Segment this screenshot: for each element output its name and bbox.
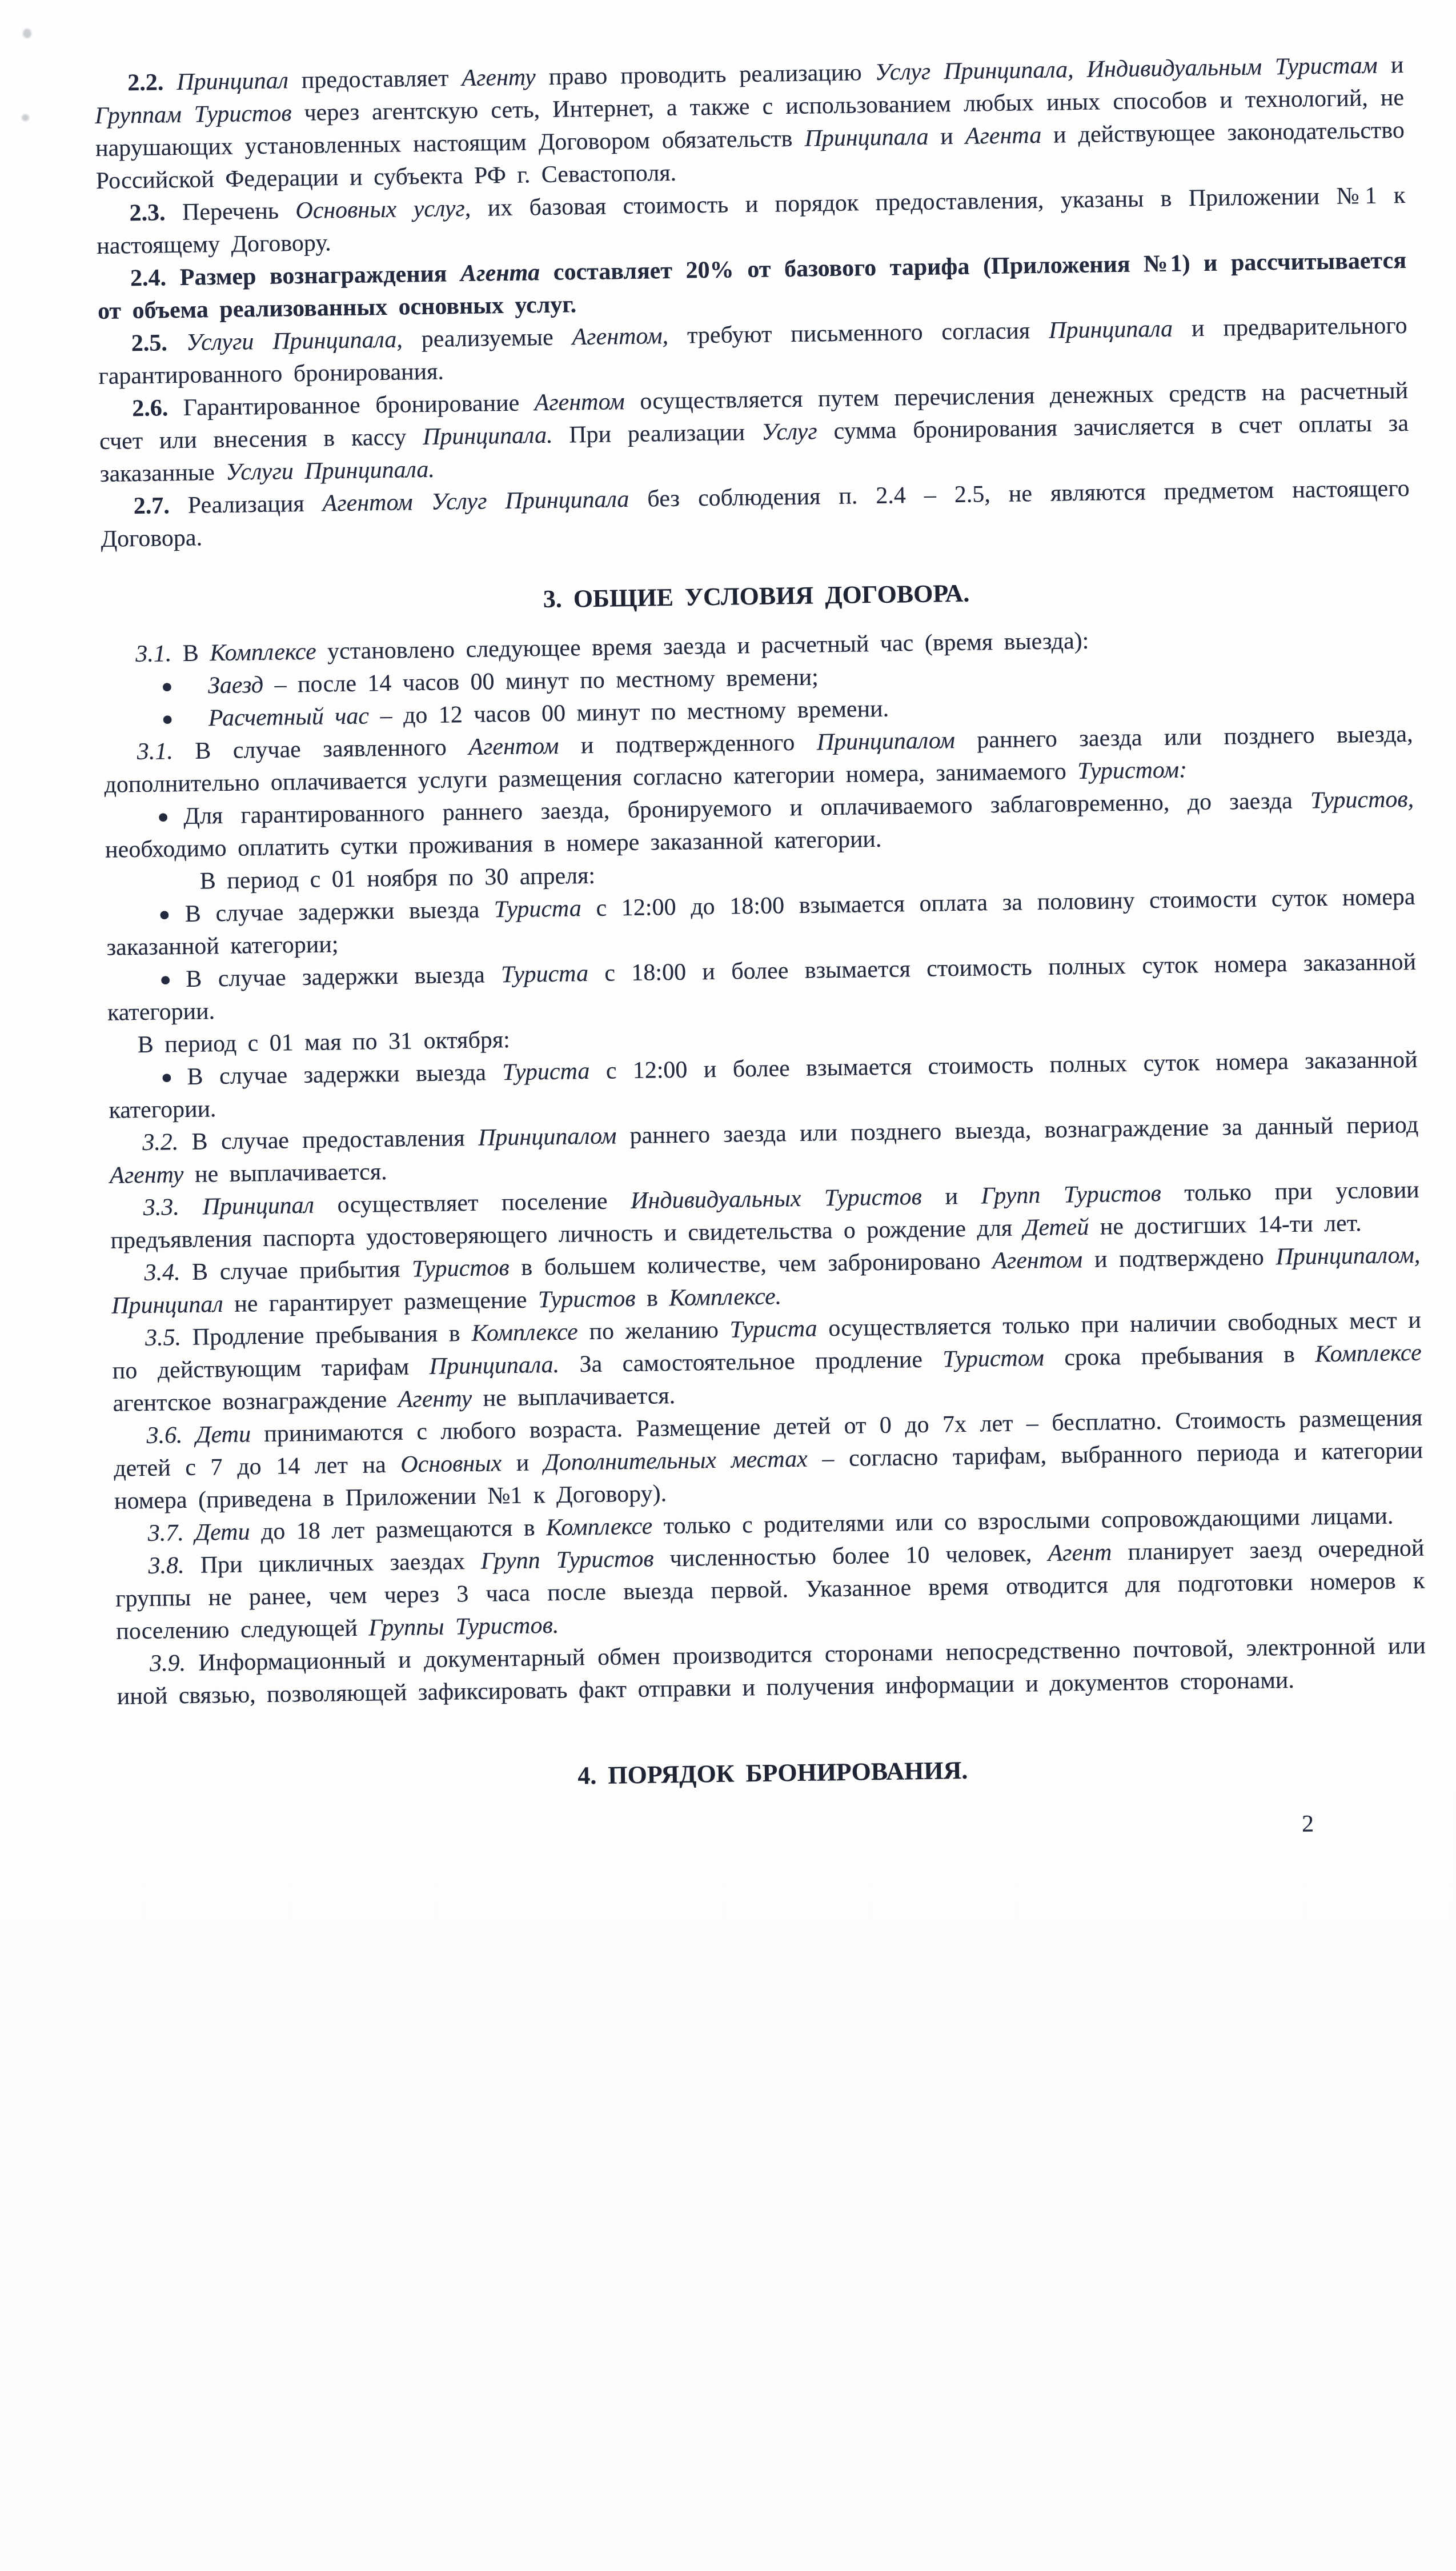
para-2-6: 2.6. Гарантированное бронирование Агенто… xyxy=(99,375,1409,491)
bullet-dot-icon: ● xyxy=(158,898,185,931)
bullet-dot-icon: ● xyxy=(161,670,208,703)
bullet-dot-icon: ● xyxy=(162,702,209,735)
scan-speck xyxy=(22,114,29,121)
para-3-5: 3.5. Продление пребывания в Комплексе по… xyxy=(112,1304,1422,1420)
page-number: 2 xyxy=(119,1807,1429,1857)
heading-section-4: 4. ПОРЯДОК БРОНИРОВАНИЯ. xyxy=(118,1748,1428,1799)
document-body: 2.2. Принципал предоставляет Агенту прав… xyxy=(94,49,1429,1857)
para-2-2: 2.2. Принципал предоставляет Агенту прав… xyxy=(94,49,1405,198)
bullet-dot-icon: ● xyxy=(159,963,186,996)
para-3-6: 3.6. Дети принимаются с любого возраста.… xyxy=(113,1402,1423,1518)
bullet-dot-icon: ● xyxy=(157,800,184,834)
scanned-page: 2.2. Принципал предоставляет Агенту прав… xyxy=(0,0,1456,2571)
bullet-dot-icon: ● xyxy=(161,1061,187,1094)
para-3-8: 3.8. При цикличных заездах Групп Туристо… xyxy=(115,1532,1425,1648)
scan-speck xyxy=(23,29,31,38)
heading-section-3: 3. ОБЩИЕ УСЛОВИЯ ДОГОВОРА. xyxy=(102,571,1411,622)
